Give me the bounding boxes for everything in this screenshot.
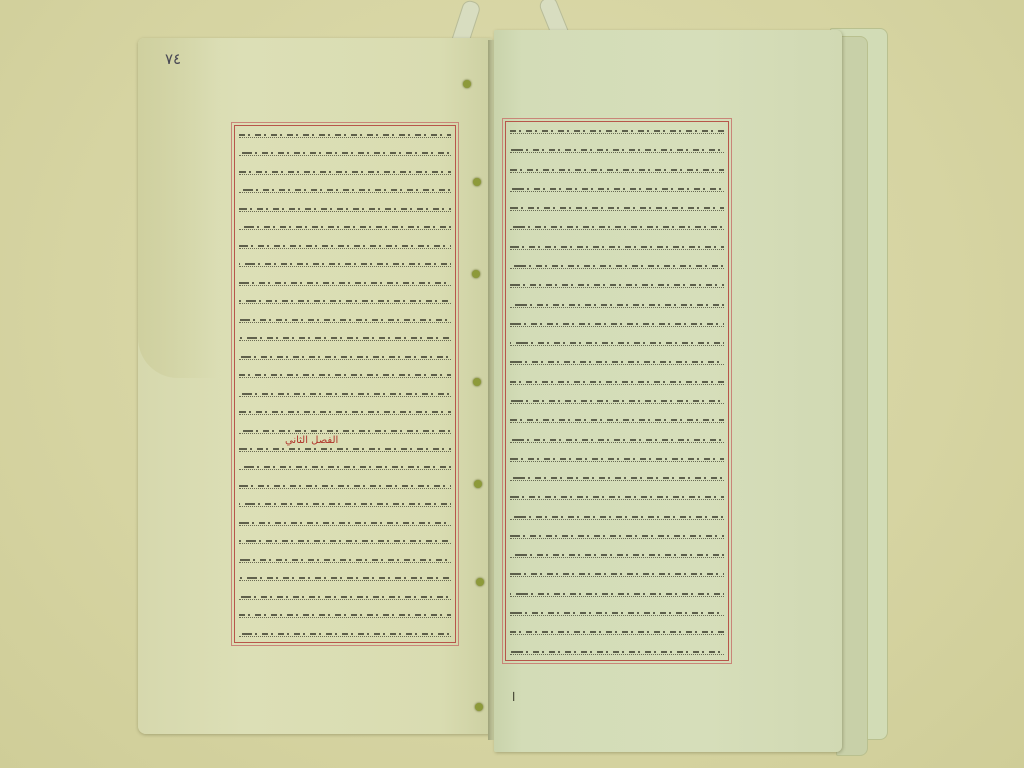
text-line	[510, 590, 724, 597]
text-line	[239, 593, 451, 600]
text-line	[239, 149, 451, 156]
sewing-hole	[472, 270, 480, 278]
folio-number: ٧٤	[165, 50, 181, 68]
sewing-hole	[463, 80, 471, 88]
text-line	[510, 609, 724, 616]
text-line	[239, 537, 451, 544]
text-line	[510, 648, 724, 655]
text-line	[239, 574, 451, 581]
sewing-hole	[473, 378, 481, 386]
text-line	[510, 281, 724, 288]
text-line	[510, 243, 724, 250]
left-text-block	[234, 125, 456, 643]
text-line	[239, 390, 451, 397]
text-line	[510, 320, 724, 327]
water-stain	[138, 38, 218, 378]
text-line	[510, 416, 724, 423]
text-line	[239, 427, 451, 434]
text-line	[510, 301, 724, 308]
text-line	[510, 532, 724, 539]
text-line	[239, 260, 451, 267]
text-line	[510, 570, 724, 577]
text-line	[239, 279, 451, 286]
text-line	[510, 436, 724, 443]
text-line	[239, 353, 451, 360]
text-line	[510, 493, 724, 500]
text-line	[510, 127, 724, 134]
text-line	[239, 223, 451, 230]
text-line	[239, 611, 451, 618]
text-line	[510, 551, 724, 558]
text-line	[510, 513, 724, 520]
text-line	[510, 166, 724, 173]
right-text-lines	[510, 127, 724, 655]
text-line	[239, 408, 451, 415]
text-line	[510, 185, 724, 192]
text-line	[510, 474, 724, 481]
text-line	[510, 378, 724, 385]
text-line	[239, 371, 451, 378]
rubric-heading: الفصل الثاني	[285, 435, 338, 446]
text-line	[239, 131, 451, 138]
text-line	[510, 397, 724, 404]
text-line	[239, 463, 451, 470]
text-line	[510, 455, 724, 462]
text-line	[510, 339, 724, 346]
right-text-block	[505, 121, 729, 661]
sewing-hole	[474, 480, 482, 488]
text-line	[239, 242, 451, 249]
sewing-hole	[475, 703, 483, 711]
margin-mark: ا	[512, 690, 515, 704]
text-line	[510, 204, 724, 211]
text-line	[239, 297, 451, 304]
text-line	[510, 223, 724, 230]
text-line	[239, 519, 451, 526]
text-line	[510, 262, 724, 269]
text-line	[239, 316, 451, 323]
text-line	[239, 445, 451, 452]
sewing-hole	[476, 578, 484, 586]
text-line	[239, 168, 451, 175]
text-line	[239, 205, 451, 212]
text-line	[510, 358, 724, 365]
text-line	[239, 500, 451, 507]
text-line	[239, 556, 451, 563]
left-text-lines	[239, 131, 451, 637]
text-line	[239, 334, 451, 341]
sewing-hole	[473, 178, 481, 186]
text-line	[510, 628, 724, 635]
text-line	[239, 186, 451, 193]
text-line	[239, 482, 451, 489]
text-line	[510, 146, 724, 153]
text-line	[239, 630, 451, 637]
